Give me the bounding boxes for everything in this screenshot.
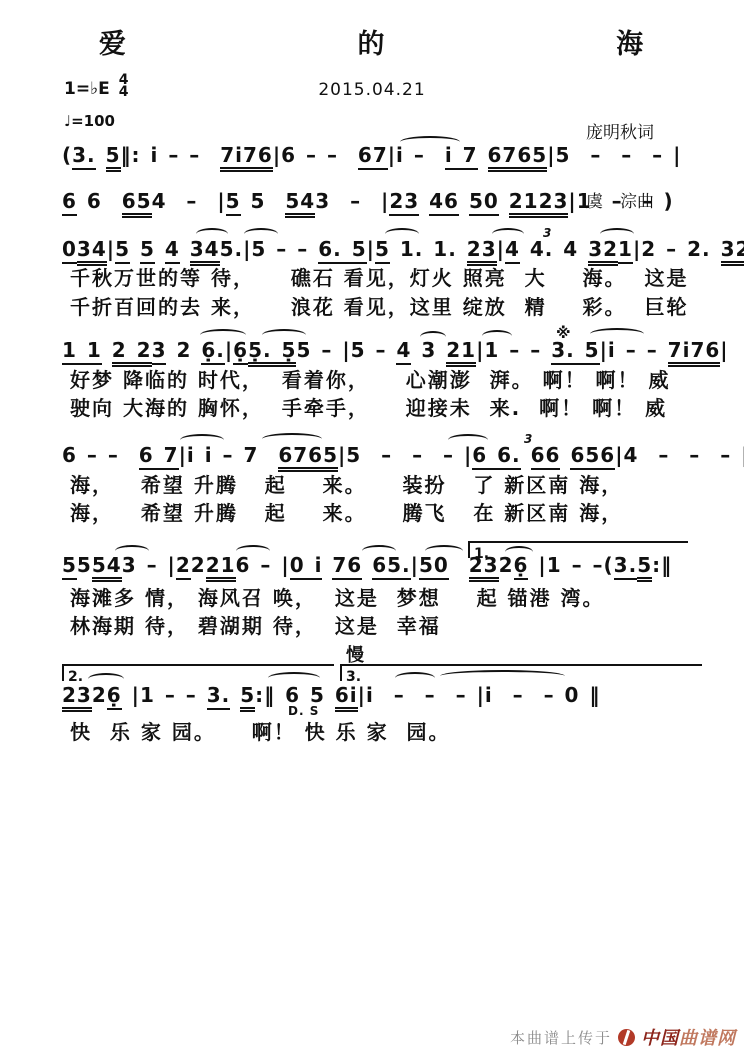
music-line: 6 – – 6 7|i i – 7 6765|5 – – – |6 6. 66 … (62, 443, 744, 467)
slur-arc (200, 329, 246, 341)
music-line: 6 6 654 – |5 5 543 – |23 46 50 2123|1 – … (62, 189, 674, 213)
slur-arc (262, 329, 306, 341)
slur-arc (236, 545, 270, 557)
sheet-music-page: 爱 的 海 1=♭E44 2015.04.21 庞明秋词 虞 淙曲 ♩=100 … (0, 0, 744, 1056)
volta-label: 1. (470, 547, 489, 562)
volta-bracket: 2. (62, 664, 334, 681)
triplet-mark: 3 (543, 226, 551, 240)
music-line: 2326̣ |1 – – 3. 5:‖ 6 5 6i|i – – – |i – … (62, 683, 600, 707)
slur-arc (115, 545, 149, 557)
slur-arc (262, 433, 322, 445)
site-logo-icon (618, 1029, 635, 1046)
slur-arc (362, 545, 396, 557)
upload-note: 本曲谱上传于 (510, 1027, 612, 1048)
slur-arc (420, 331, 446, 343)
lyric-line: 海， 希望 升腾 起 来。 装扮 了 新区南 海， (70, 473, 623, 497)
lyric-line: 林海期 待， 碧湖期 待， 这是 幸福 (70, 614, 441, 638)
slur-arc (385, 228, 419, 240)
score-area: (3. 5‖: i – – 7i76|6 – – 67|i – i 7 6765… (0, 0, 744, 1056)
footer: 本曲谱上传于 中国曲谱网 (510, 1024, 736, 1050)
slow-mark: 慢 (346, 641, 364, 667)
volta-bracket: 3. (340, 664, 702, 681)
slur-arc (196, 228, 228, 240)
lyric-line: 千折百回的去 来， 浪花 看见，这里 绽放 精 彩。 巨轮 (70, 295, 688, 319)
slur-arc (492, 228, 524, 240)
lyric-line: 海， 希望 升腾 起 来。 腾飞 在 新区南 海， (70, 501, 623, 525)
volta-label: 3. (342, 670, 361, 685)
slur-arc (448, 434, 488, 446)
music-line: 034|5 5 4 345.|5 – – 6. 5|5 1. 1. 23|4 4… (62, 237, 744, 261)
volta-label: 2. (64, 670, 83, 685)
brand-cn: 中国 (641, 1028, 679, 1049)
slur-arc (600, 228, 634, 240)
site-brand: 中国曲谱网 (641, 1024, 736, 1050)
music-line: 1 1 2 23 2 6̣.|6̣5̣. 5̣5 – |5 – 4 3 21|1… (62, 338, 729, 362)
slur-arc (482, 330, 512, 342)
lyric-line: 好梦 降临的 时代， 看着你， 心潮澎 湃。 啊！ 啊！ 威 (70, 368, 671, 392)
lyric-line: 千秋万世的等 待， 礁石 看见，灯火 照亮 大 海。 这是 (70, 266, 688, 290)
triplet-mark: 3 (524, 432, 532, 446)
lyric-line: 快 乐 家 园。 啊！ 快 乐 家 园。 (70, 720, 451, 744)
lyric-line: 海滩多 情， 海风召 唤， 这是 梦想 起 锚港 湾。 (70, 586, 605, 610)
slur-arc (425, 545, 463, 557)
ds-mark: D. S (288, 704, 319, 718)
slur-arc (400, 136, 460, 148)
slur-arc (180, 434, 224, 446)
lyric-line: 驶向 大海的 胸怀， 手牵手， 迎接未 来. 啊！ 啊！ 威 (70, 396, 667, 420)
segno-mark: ※ (556, 324, 571, 342)
music-line: (3. 5‖: i – – 7i76|6 – – 67|i – i 7 6765… (62, 143, 681, 167)
slur-arc (244, 228, 278, 240)
brand-site: 曲谱网 (679, 1028, 736, 1049)
volta-bracket: 1. (468, 541, 688, 558)
slur-arc (590, 328, 644, 340)
